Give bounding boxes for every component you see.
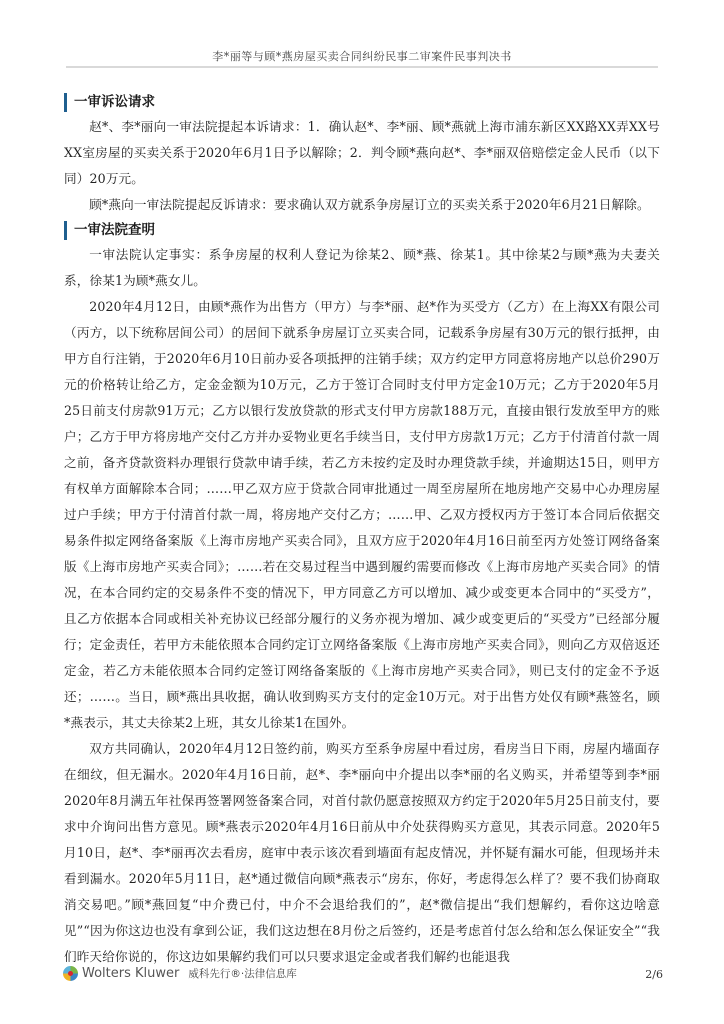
section-marker-bar <box>64 93 67 112</box>
brand-database-name: 威科先行®·法律信息库 <box>188 966 296 981</box>
page-header-title: 李*丽等与顾*燕房屋买卖合同纠纷民事二审案件民事判决书 <box>0 48 724 64</box>
paragraph: 顾*燕向一审法院提起反诉请求：要求确认双方就系争房屋订立的买卖关系于2020年6… <box>64 192 660 218</box>
header-divider <box>66 66 658 68</box>
wolters-kluwer-globe-icon <box>63 966 78 981</box>
page-number: 2/6 <box>645 968 663 981</box>
document-body: 一审诉讼请求 赵*、李*丽向一审法院提起本诉请求：1．确认赵*、李*丽、顾*燕就… <box>64 90 660 970</box>
section-heading-first-instance-claims: 一审诉讼请求 <box>64 90 660 114</box>
brand-name: Wolters Kluwer <box>82 966 179 981</box>
paragraph: 一审法院认定事实：系争房屋的权利人登记为徐某2、顾*燕、徐某1。其中徐某2与顾*… <box>64 242 660 294</box>
paragraph: 双方共同确认，2020年4月12日签约前，购买方至系争房屋中看过房，看房当日下雨… <box>64 736 660 970</box>
page-footer: Wolters Kluwer 威科先行®·法律信息库 2/6 <box>63 963 663 987</box>
paragraph: 2020年4月12日，由顾*燕作为出售方（甲方）与李*丽、赵*作为买受方（乙方）… <box>64 294 660 736</box>
publisher-logo: Wolters Kluwer 威科先行®·法律信息库 <box>63 966 297 981</box>
section-heading-first-instance-findings: 一审法院查明 <box>64 218 660 242</box>
section-marker-bar <box>64 221 67 240</box>
paragraph: 赵*、李*丽向一审法院提起本诉请求：1．确认赵*、李*丽、顾*燕就上海市浦东新区… <box>64 114 660 192</box>
